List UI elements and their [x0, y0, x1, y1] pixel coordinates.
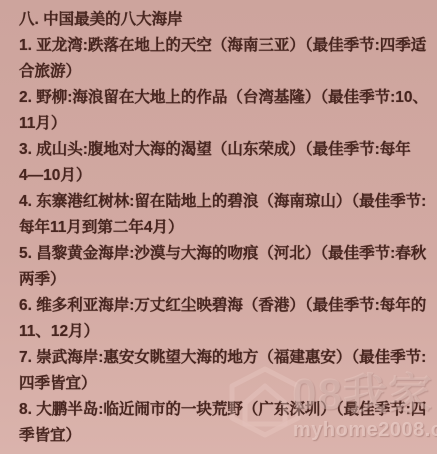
text-line: 4—10月） — [19, 163, 431, 189]
list-item: 6. 维多利亚海岸:万丈红尘映碧海（香港）（最佳季节:每年的 11、12月） — [19, 293, 431, 345]
text-line: 8. 大鹏半岛:临近闹市的一块荒野（广东深圳）（最佳季节:四 — [19, 397, 431, 423]
list-item: 4. 东寨港红树林:留在陆地上的碧浪（海南琼山）（最佳季节: 每年11月到第二年… — [19, 189, 431, 241]
text-line: 季皆宜） — [19, 423, 431, 449]
page-title: 八. 中国最美的八大海岸 — [19, 7, 431, 33]
text-line: 11月） — [19, 111, 431, 137]
text-line: 11、12月） — [19, 319, 431, 345]
text-line: 7. 崇武海岸:惠安女眺望大海的地方（福建惠安）（最佳季节: — [19, 345, 431, 371]
list-item: 3. 成山头:腹地对大海的渴望（山东荣成）（最佳季节:每年 4—10月） — [19, 137, 431, 189]
text-line: 两季） — [19, 267, 431, 293]
text-line: 3. 成山头:腹地对大海的渴望（山东荣成）（最佳季节:每年 — [19, 137, 431, 163]
list-item: 1. 亚龙湾:跌落在地上的天空（海南三亚）（最佳季节:四季适 合旅游） — [19, 33, 431, 85]
list-item: 7. 崇武海岸:惠安女眺望大海的地方（福建惠安）（最佳季节: 四季皆宜） — [19, 345, 431, 397]
text-line: 5. 昌黎黄金海岸:沙漠与大海的吻痕（河北）（最佳季节:春秋 — [19, 241, 431, 267]
list-item: 5. 昌黎黄金海岸:沙漠与大海的吻痕（河北）（最佳季节:春秋 两季） — [19, 241, 431, 293]
text-line: 每年11月到第二年4月） — [19, 215, 431, 241]
text-line: 2. 野柳:海浪留在大地上的作品（台湾基隆）（最佳季节:10、 — [19, 85, 431, 111]
article-body: 八. 中国最美的八大海岸 1. 亚龙湾:跌落在地上的天空（海南三亚）（最佳季节:… — [19, 7, 431, 449]
text-line: 1. 亚龙湾:跌落在地上的天空（海南三亚）（最佳季节:四季适 — [19, 33, 431, 59]
text-line: 6. 维多利亚海岸:万丈红尘映碧海（香港）（最佳季节:每年的 — [19, 293, 431, 319]
text-line: 四季皆宜） — [19, 371, 431, 397]
list-item: 8. 大鹏半岛:临近闹市的一块荒野（广东深圳）（最佳季节:四 季皆宜） — [19, 397, 431, 449]
text-line: 4. 东寨港红树林:留在陆地上的碧浪（海南琼山）（最佳季节: — [19, 189, 431, 215]
text-line: 合旅游） — [19, 59, 431, 85]
list-item: 2. 野柳:海浪留在大地上的作品（台湾基隆）（最佳季节:10、 11月） — [19, 85, 431, 137]
